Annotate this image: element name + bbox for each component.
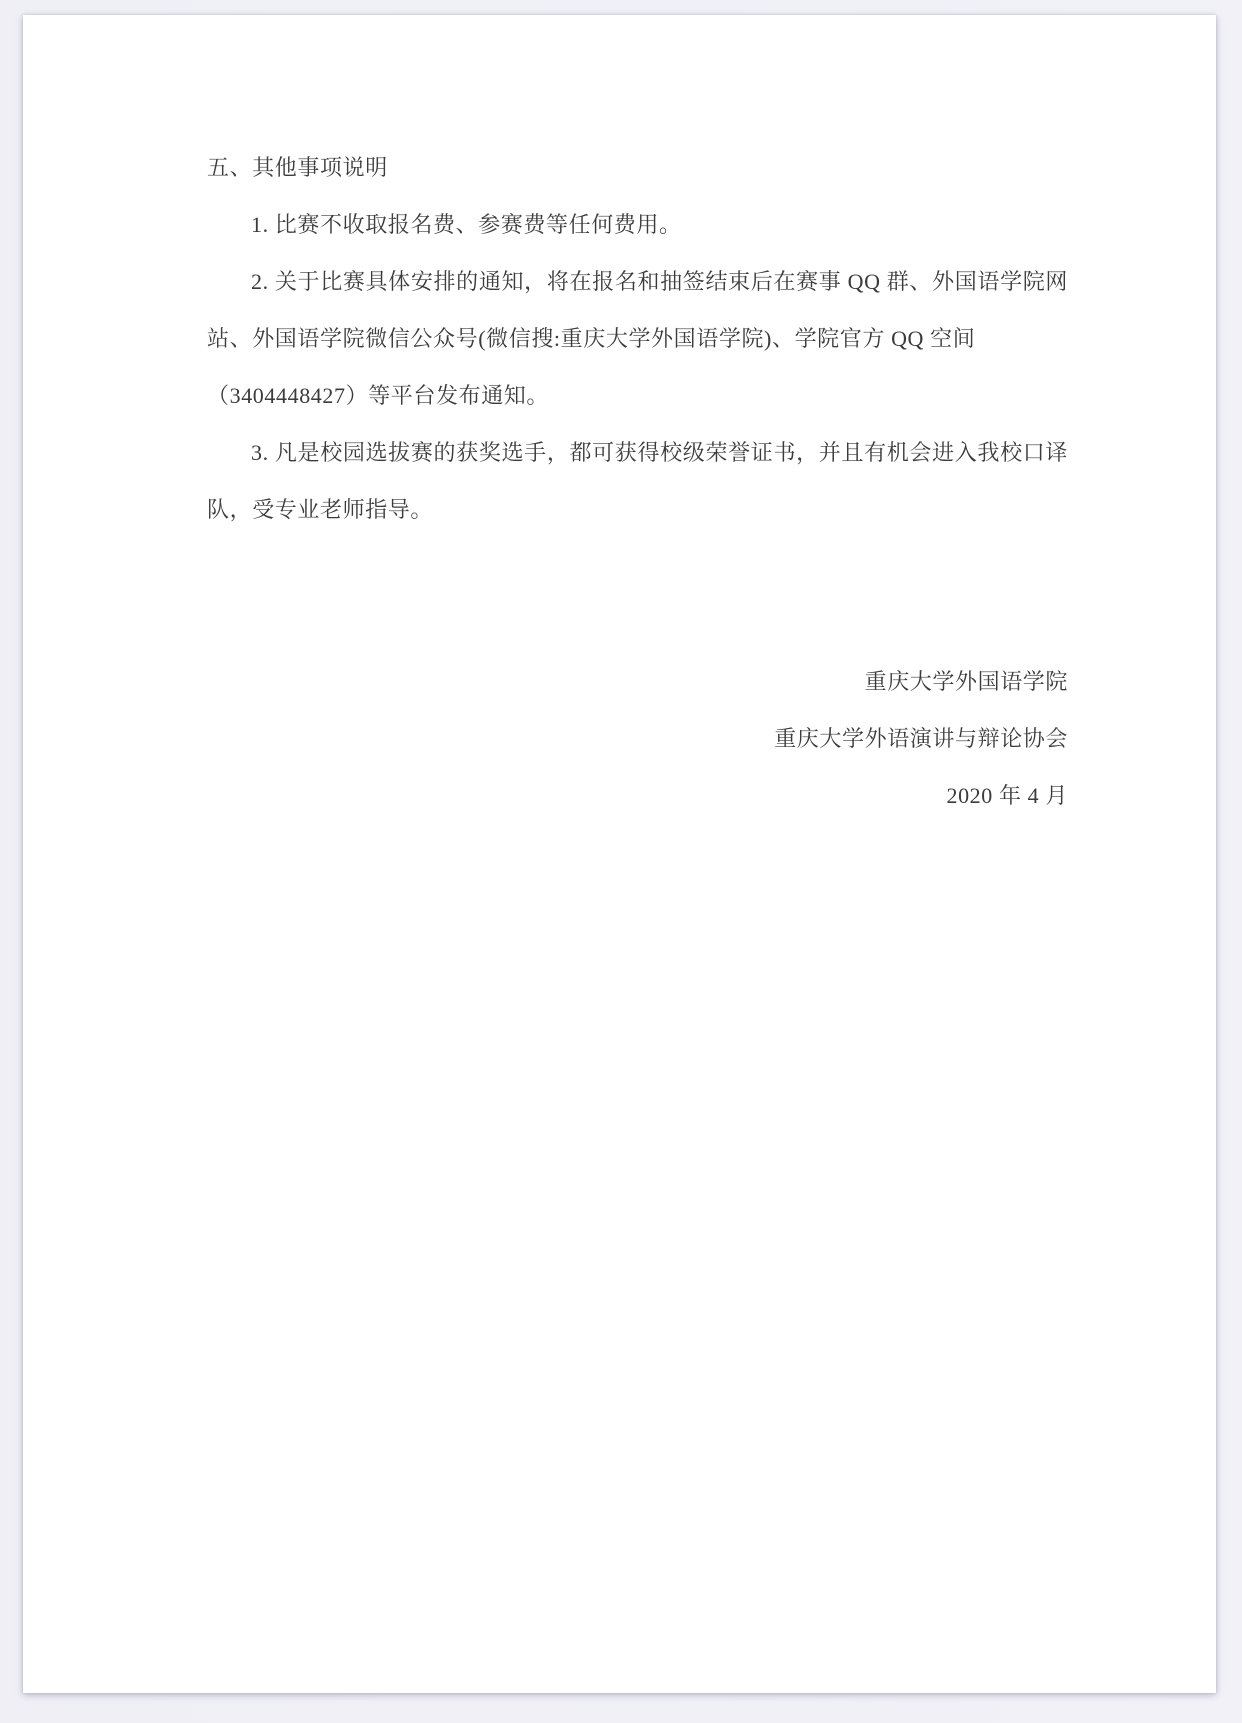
paragraph-2-line-1: 2. 关于比赛具体安排的通知，将在报名和抽签结束后在赛事 QQ 群、外国语学院网	[207, 253, 1068, 310]
paragraph-3: 3. 凡是校园选拔赛的获奖选手，都可获得校级荣誉证书，并且有机会进入我校口译 队…	[207, 424, 1068, 538]
signature-date: 2020 年 4 月	[207, 767, 1068, 824]
signature-organization-2: 重庆大学外语演讲与辩论协会	[207, 710, 1068, 767]
paragraph-2-line-2: 站、外国语学院微信公众号(微信搜:重庆大学外国语学院)、学院官方 QQ 空间	[207, 310, 1068, 367]
signature-organization-1: 重庆大学外国语学院	[207, 653, 1068, 710]
document-content: 五、其他事项说明 1. 比赛不收取报名费、参赛费等任何费用。 2. 关于比赛具体…	[23, 15, 1216, 1693]
paragraph-3-line-1: 3. 凡是校园选拔赛的获奖选手，都可获得校级荣誉证书，并且有机会进入我校口译	[207, 424, 1068, 481]
signature-block: 重庆大学外国语学院 重庆大学外语演讲与辩论协会 2020 年 4 月	[207, 653, 1068, 824]
preview-background: 五、其他事项说明 1. 比赛不收取报名费、参赛费等任何费用。 2. 关于比赛具体…	[0, 0, 1242, 1723]
paragraph-1-line-1: 1. 比赛不收取报名费、参赛费等任何费用。	[207, 196, 1068, 253]
paragraph-2: 2. 关于比赛具体安排的通知，将在报名和抽签结束后在赛事 QQ 群、外国语学院网…	[207, 253, 1068, 424]
paragraph-1: 1. 比赛不收取报名费、参赛费等任何费用。	[207, 196, 1068, 253]
section-heading: 五、其他事项说明	[207, 139, 1068, 196]
document-page: 五、其他事项说明 1. 比赛不收取报名费、参赛费等任何费用。 2. 关于比赛具体…	[23, 15, 1216, 1693]
paragraph-2-line-3: （3404448427）等平台发布通知。	[207, 367, 1068, 424]
paragraph-3-line-2: 队，受专业老师指导。	[207, 481, 1068, 538]
